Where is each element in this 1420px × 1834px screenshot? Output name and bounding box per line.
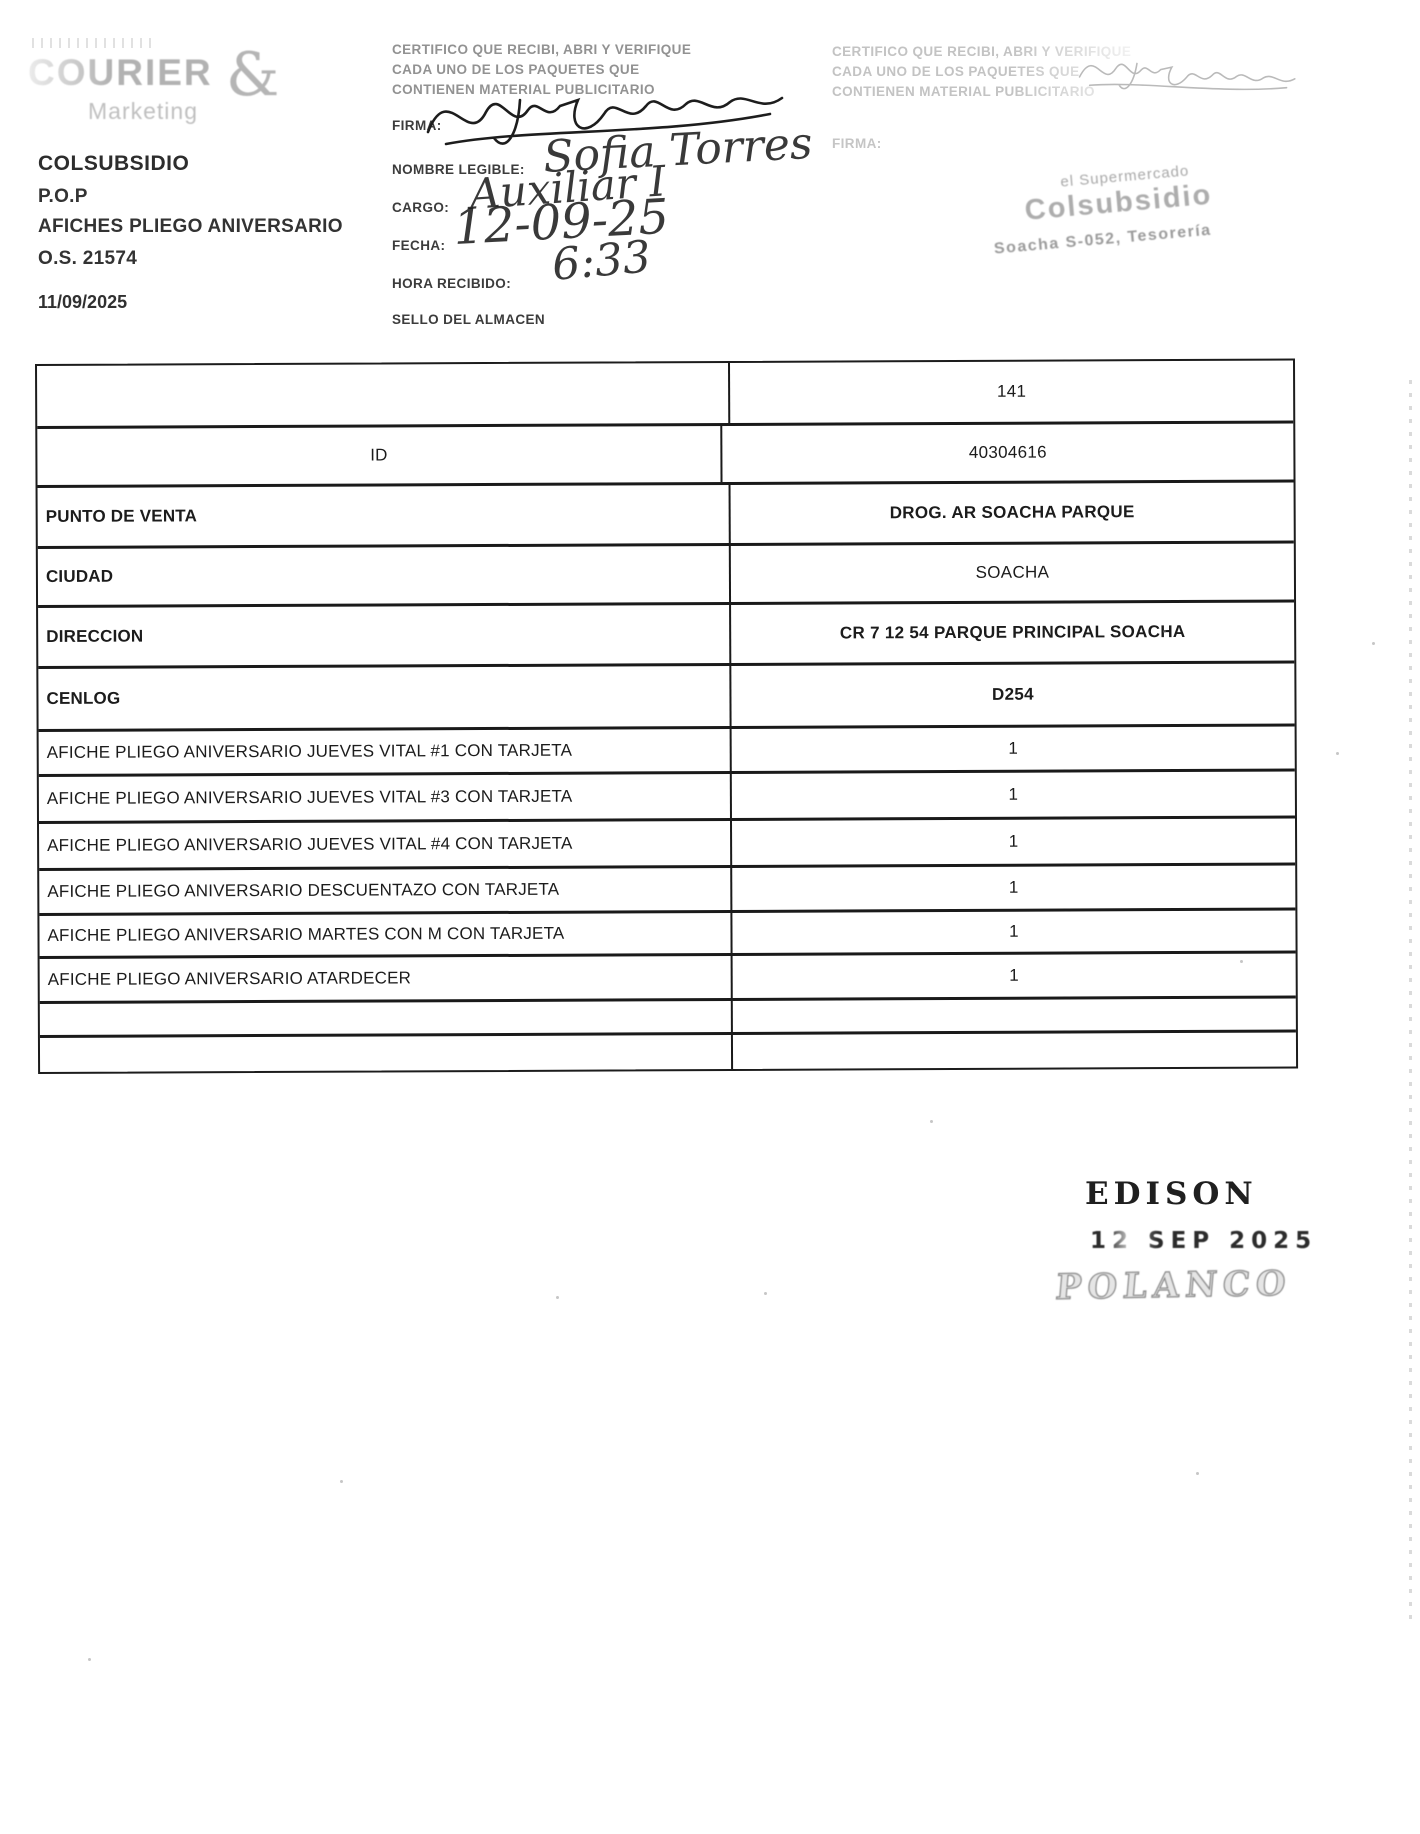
fecha-label: FECHA: (392, 238, 445, 253)
delivery-table: 141 ID 40304616 PUNTO DE VENTA DROG. AR … (35, 359, 1298, 1074)
scanned-delivery-receipt: COURIER & Marketing COLSUBSIDIO P.O.P AF… (0, 0, 1420, 1834)
scan-speck (556, 1296, 559, 1299)
courier-marketing-logo: COURIER & Marketing (28, 36, 308, 146)
row-value: CR 7 12 54 PARQUE PRINCIPAL SOACHA (731, 603, 1294, 663)
row-label: CENLOG (38, 666, 731, 729)
scan-speck (1196, 1472, 1199, 1475)
row-label (40, 1001, 733, 1035)
scan-speck (764, 1292, 767, 1295)
table-row: ID 40304616 (37, 424, 1293, 488)
program-line: P.O.P (38, 186, 88, 208)
recipient-name-stamp: EDISON (1085, 1176, 1258, 1212)
company-name: COLSUBSIDIO (38, 152, 189, 176)
table-row: CIUDAD SOACHA (38, 544, 1294, 608)
row-value: 40304616 (722, 424, 1293, 482)
row-value: SOACHA (731, 544, 1294, 602)
scan-speck (88, 1658, 91, 1661)
row-label: AFICHE PLIEGO ANIVERSARIO MARTES CON M C… (39, 913, 732, 956)
logo-text: COURIER (28, 52, 213, 94)
row-label: AFICHE PLIEGO ANIVERSARIO JUEVES VITAL #… (39, 729, 732, 774)
recipient-surname-stamp: POLANCO (1054, 1264, 1293, 1308)
row-label (37, 363, 730, 426)
table-row: DIRECCION CR 7 12 54 PARQUE PRINCIPAL SO… (38, 603, 1294, 669)
table-row (40, 1033, 1296, 1072)
table-row: AFICHE PLIEGO ANIVERSARIO JUEVES VITAL #… (39, 727, 1295, 777)
order-number: O.S. 21574 (38, 248, 137, 270)
row-label: AFICHE PLIEGO ANIVERSARIO ATARDECER (40, 956, 733, 1001)
table-row: 141 (37, 361, 1293, 429)
row-value: 1 (733, 954, 1296, 998)
row-value: 1 (732, 727, 1295, 771)
row-label: AFICHE PLIEGO ANIVERSARIO JUEVES VITAL #… (39, 774, 732, 821)
scan-speck (340, 1480, 343, 1483)
row-value: 141 (730, 361, 1293, 423)
row-value: 1 (732, 911, 1295, 953)
certification-line: CERTIFICO QUE RECIBI, ABRI Y VERIFIQUE (392, 40, 722, 60)
scan-speck (1240, 960, 1243, 963)
scan-edge-artifact (1409, 380, 1412, 1620)
row-label: CIUDAD (38, 546, 731, 605)
scan-speck (1163, 630, 1166, 633)
warehouse-stamp: el Supermercado Colsubsidio Soacha S-052… (988, 149, 1344, 258)
table-row: PUNTO DE VENTA DROG. AR SOACHA PARQUE (38, 483, 1294, 549)
row-label: AFICHE PLIEGO ANIVERSARIO JUEVES VITAL #… (39, 821, 732, 868)
logo-subtext: Marketing (88, 98, 198, 125)
scan-speck (930, 1120, 933, 1123)
row-label: AFICHE PLIEGO ANIVERSARIO DESCUENTAZO CO… (39, 868, 732, 913)
row-label: PUNTO DE VENTA (38, 485, 731, 546)
table-row (40, 999, 1296, 1038)
hora-recibido-label: HORA RECIBIDO: (392, 276, 511, 291)
row-value: DROG. AR SOACHA PARQUE (731, 483, 1294, 543)
table-row: AFICHE PLIEGO ANIVERSARIO MARTES CON M C… (39, 911, 1295, 959)
table-row: AFICHE PLIEGO ANIVERSARIO JUEVES VITAL #… (39, 772, 1295, 824)
document-date: 11/09/2025 (38, 292, 127, 313)
table-row: AFICHE PLIEGO ANIVERSARIO DESCUENTAZO CO… (39, 866, 1295, 916)
material-line: AFICHES PLIEGO ANIVERSARIO (38, 216, 343, 238)
row-value: 1 (732, 819, 1295, 865)
row-value (733, 1033, 1296, 1069)
handwritten-hora: 6:33 (550, 231, 653, 290)
firma-label-copy: FIRMA: (832, 136, 882, 151)
row-label (40, 1035, 733, 1072)
row-label: DIRECCION (38, 605, 731, 666)
row-value: 1 (732, 772, 1295, 818)
row-value: D254 (731, 664, 1294, 726)
scan-speck (1372, 642, 1375, 645)
sello-almacen-label: SELLO DEL ALMACEN (392, 312, 545, 327)
ampersand-logo-mark: & (226, 40, 279, 110)
faded-signature-copy (1073, 40, 1308, 120)
scan-noise (32, 38, 152, 48)
table-row: CENLOG D254 (38, 664, 1294, 732)
table-row: AFICHE PLIEGO ANIVERSARIO ATARDECER 1 (40, 954, 1296, 1004)
row-value: 1 (732, 866, 1295, 910)
row-value (733, 999, 1296, 1032)
date-received-stamp: 12 SEP 2025 (1090, 1228, 1317, 1254)
row-label: ID (37, 426, 722, 485)
cargo-label: CARGO: (392, 200, 449, 215)
scan-speck (1336, 752, 1339, 755)
table-row: AFICHE PLIEGO ANIVERSARIO JUEVES VITAL #… (39, 819, 1295, 871)
